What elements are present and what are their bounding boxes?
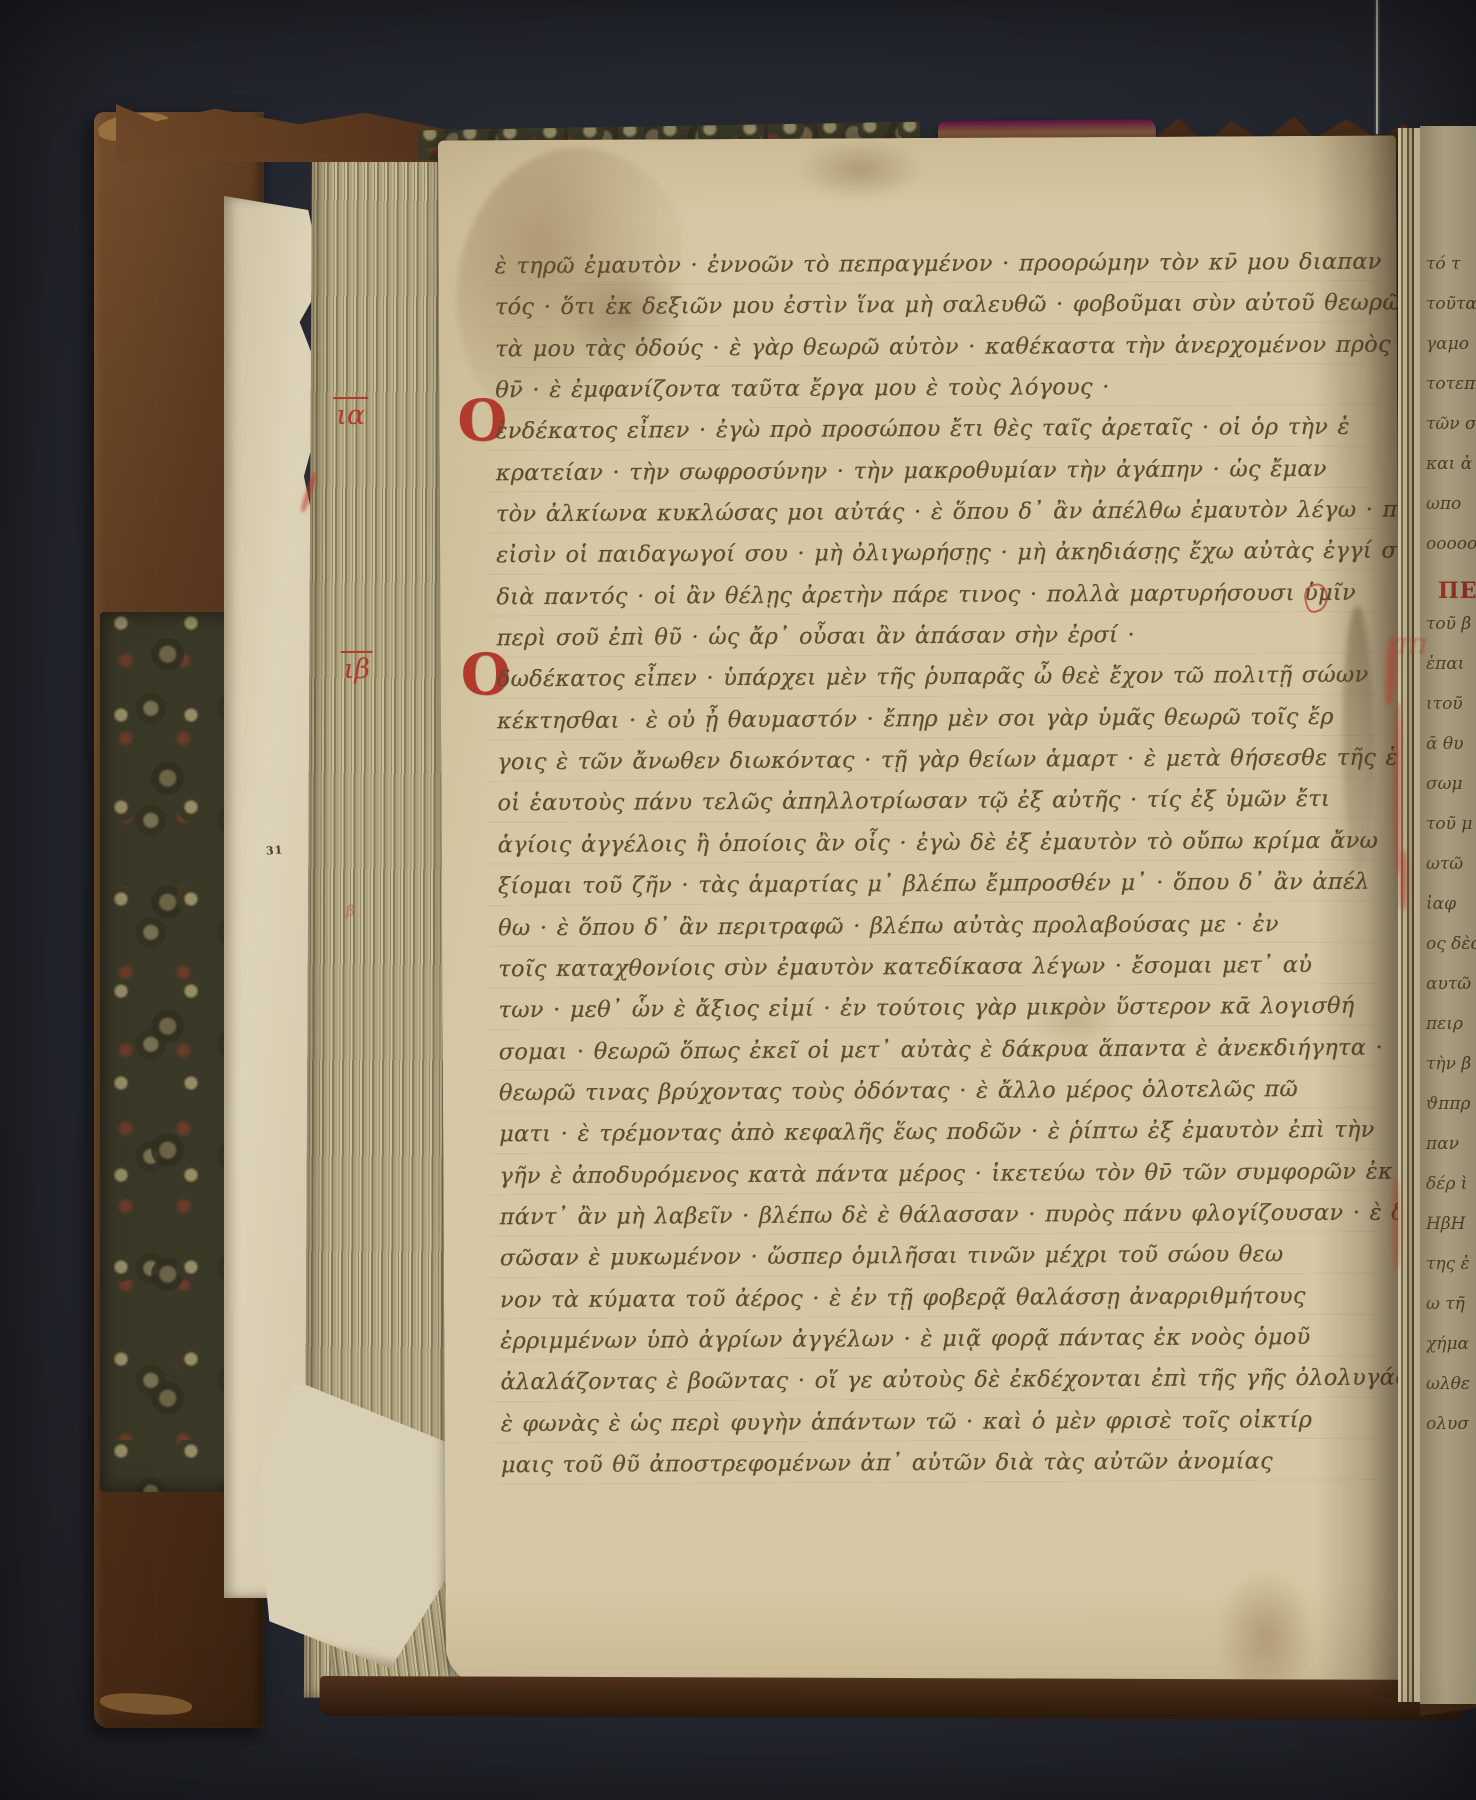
text-line: κρατείαν · τὴν σωφροσύνην · τὴν μακροθυμ… [496, 448, 1388, 494]
facing-line-fragment: ωλθε [1426, 1364, 1476, 1404]
text-line: γοις ὲ τῶν ἄνωθεν διωκόντας · τῇ γὰρ θεί… [497, 738, 1389, 784]
text-line: ὲ τηρῶ ἐμαυτὸν · ἐννοῶν τὸ πεπραγμένον ·… [494, 242, 1386, 288]
text-line: περὶ σοῦ ἐπὶ θῦ · ὡς ἄρ᾽ οὖσαι ἂν ἁπάσαν… [496, 614, 1388, 660]
facing-line-fragment: ΗβΗ [1426, 1204, 1476, 1244]
text-line: πάντ᾽ ἂν μὴ λαβεῖν · βλέπω δὲ ὲ θάλασσαν… [499, 1192, 1391, 1238]
text-line: τοῖς καταχθονίοις σὺν ἐμαυτὸν κατεδίκασα… [498, 944, 1390, 990]
text-line: θν̄ · ὲ ἐμφανίζοντα ταῦτα ἔργα μου ὲ τοὺ… [495, 366, 1387, 412]
text-line: τὰ μου τὰς ὁδούς · ὲ γὰρ θεωρῶ αὐτὸν · κ… [495, 324, 1387, 370]
text-line: διὰ παντός · οἱ ἂν θέλῃς ἀρετὴν πάρε τιν… [496, 572, 1388, 618]
facing-line-fragment: αυτῶ [1426, 964, 1476, 1004]
chapter-number-11: ια [333, 397, 368, 431]
text-line: γῆν ὲ ἀποδυρόμενος κατὰ πάντα μέρος · ἱκ… [499, 1151, 1391, 1197]
red-bleed-mark [1394, 702, 1402, 874]
facing-line-fragment: ωπο [1426, 484, 1476, 524]
gutter-shadow [1316, 132, 1406, 1698]
text-line: ὲ φωνὰς ὲ ὡς περὶ φυγὴν ἁπάντων τῶ · καὶ… [501, 1399, 1393, 1445]
text-line: νον τὰ κύματα τοῦ ἀέρος · ὲ ἐν τῇ φοβερᾷ… [500, 1275, 1392, 1321]
facing-line-fragment: ιτοῦ [1426, 684, 1476, 724]
facing-text-column: τό ττοῦταγαμοτοτεπτῶν σκαι ἀωποοοοοοτοῦ … [1426, 244, 1476, 1444]
text-line: τός · ὅτι ἐκ δεξιῶν μου ἐστὶν ἵνα μὴ σαλ… [495, 283, 1387, 329]
facing-line-fragment: τό τ [1426, 244, 1476, 284]
text-line: ἁγίοις ἀγγέλοις ἢ ὁποίοις ἂν οἷς · ἐγὼ δ… [498, 820, 1390, 866]
chapter-number-12: ιβ [341, 651, 373, 685]
facing-line-fragment: ϑππρ [1426, 1084, 1476, 1124]
text-line: θεωρῶ τινας βρύχοντας τοὺς ὀδόντας · ὲ ἄ… [499, 1068, 1391, 1114]
facing-line-fragment: πειρ [1426, 1004, 1476, 1044]
text-line: ματι · ὲ τρέμοντας ἀπὸ κεφαλῆς ἕως ποδῶν… [499, 1110, 1391, 1156]
facing-line-fragment: ἐπαι [1426, 644, 1476, 684]
manuscript-page: ια ιβ Ο Ο ὲ τηρῶ ἐμαυτὸν · ἐννοῶν τὸ πεπ… [438, 136, 1404, 1697]
text-line: θω · ὲ ὅπου δ᾽ ἂν περιτραφῶ · βλέπω αὐτὰ… [498, 903, 1390, 949]
text-line: ἑνδέκατος εἶπεν · ἐγὼ πρὸ προσώπου ἔτι θ… [495, 407, 1387, 453]
facing-line-fragment: τὴν β [1426, 1044, 1476, 1084]
facing-line-fragment: και ἀ [1426, 444, 1476, 484]
text-line: οἱ ἑαυτοὺς πάνυ τελῶς ἀπηλλοτρίωσαν τῷ ἐ… [497, 779, 1389, 825]
text-line: σομαι · θεωρῶ ὅπως ἐκεῖ οἱ μετ᾽ αὐτὰς ὲ … [499, 1027, 1391, 1073]
text-line: των · μεθ᾽ ὧν ὲ ἄξιος εἰμί · ἐν τούτοις … [498, 986, 1390, 1032]
facing-line-fragment: ωτῶ [1426, 844, 1476, 884]
red-margin-bleed-glyph: β [346, 902, 355, 920]
facing-line-fragment: τοῦτα [1426, 284, 1476, 324]
water-stain [794, 138, 926, 201]
facing-line-fragment: τοτεπ [1426, 364, 1476, 404]
text-line: ἀλαλάζοντας ὲ βοῶντας · οἵ γε αὐτοὺς δὲ … [500, 1358, 1392, 1404]
red-offset-glyphs: ΤΠ [1396, 634, 1427, 658]
facing-line-fragment: τῶν σ [1426, 404, 1476, 444]
facing-line-fragment: ος δὲο [1426, 924, 1476, 964]
facing-page-sliver: τό ττοῦταγαμοτοτεπτῶν σκαι ἀωποοοοοοτοῦ … [1420, 126, 1476, 1704]
facing-line-fragment: τοῦ μ [1426, 804, 1476, 844]
facing-line-fragment: χήμα [1426, 1324, 1476, 1364]
text-line: μαις τοῦ θῦ ἀποστρεφομένων ἀπ᾽ αὐτῶν διὰ… [501, 1441, 1393, 1487]
facing-line-fragment: παν [1426, 1124, 1476, 1164]
bookmark-thread [1376, 0, 1378, 134]
facing-line-fragment: τοῦ β [1426, 604, 1476, 644]
manuscript-photo: ια ιβ Ο Ο ὲ τηρῶ ἐμαυτὸν · ἐννοῶν τὸ πεπ… [0, 0, 1476, 1800]
fore-edge-stamp: 31 [266, 843, 284, 857]
facing-line-fragment: γαμο [1426, 324, 1476, 364]
facing-line-fragment: ολυσ [1426, 1404, 1476, 1444]
text-line: κέκτησθαι · ὲ οὐ ᾖ θαυμαστόν · ἔπηρ μὲν … [497, 696, 1389, 742]
text-line: δωδέκατος εἶπεν · ὑπάρχει μὲν τῆς ῥυπαρᾶ… [497, 655, 1389, 701]
facing-line-fragment: ᾱ θυ [1426, 724, 1476, 764]
tail-leather-edge [320, 1676, 1462, 1720]
page-fold-edges [1398, 128, 1420, 1702]
text-line: τὸν ἀλκίωνα κυκλώσας μοι αὐτάς · ὲ ὅπου … [496, 490, 1388, 536]
marbled-pastedown [100, 612, 240, 1492]
facing-line-fragment: ἰαφ [1426, 884, 1476, 924]
facing-line-fragment: δέρ ὶ [1426, 1164, 1476, 1204]
red-bleed-mark [1392, 1178, 1400, 1270]
text-line: ξίομαι τοῦ ζῆν · τὰς ἁμαρτίας μ᾽ βλέπω ἔ… [498, 862, 1390, 908]
facing-line-fragment: της ἐ [1426, 1244, 1476, 1284]
text-line: ἐρριμμένων ὑπὸ ἀγρίων ἀγγέλων · ὲ μιᾷ φο… [500, 1316, 1392, 1362]
rubric-heading-fragment: ΠΕ [1438, 578, 1476, 604]
facing-line-fragment: οοοοο [1426, 524, 1476, 564]
text-line: εἰσὶν οἱ παιδαγωγοί σου · μὴ ὀλιγωρήσῃς … [496, 531, 1388, 577]
text-block: ὲ τηρῶ ἐμαυτὸν · ἐννοῶν τὸ πεπραγμένον ·… [494, 242, 1392, 1487]
facing-line-fragment: ω τῆ [1426, 1284, 1476, 1324]
text-line: σῶσαν ὲ μυκωμένον · ὥσπερ ὁμιλῆσαι τινῶν… [500, 1234, 1392, 1280]
facing-line-fragment: σωμ [1426, 764, 1476, 804]
red-bleed-mark [1400, 850, 1407, 910]
